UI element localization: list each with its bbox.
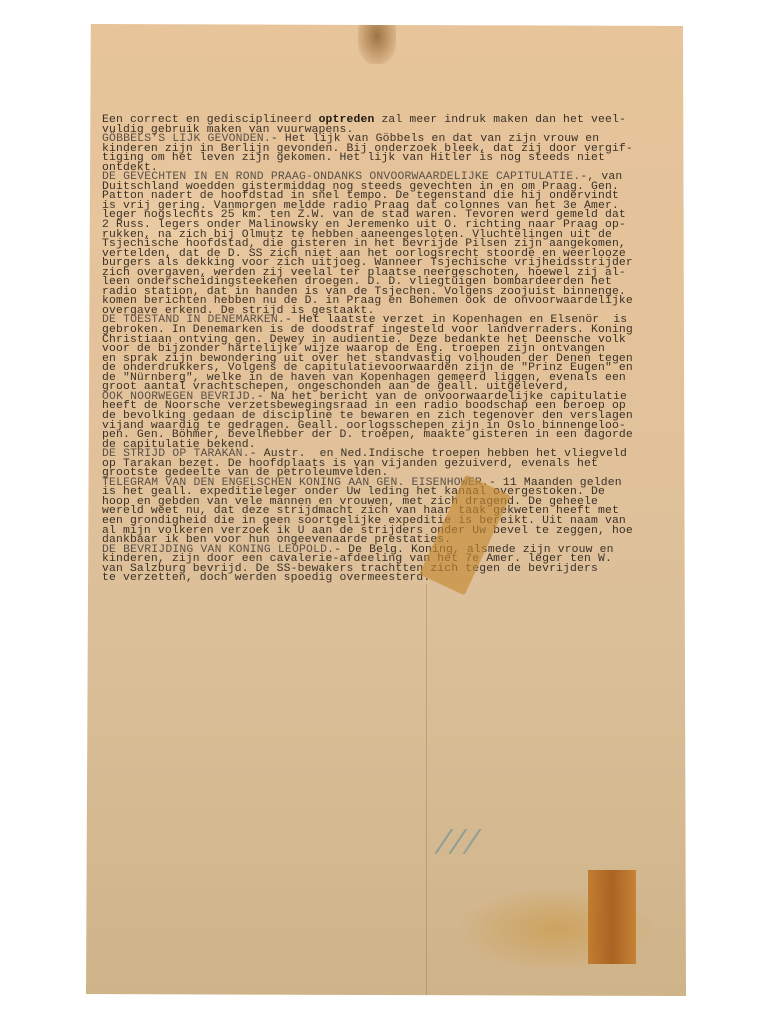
top-edge-tear xyxy=(358,24,396,64)
text-line: tiging om het leven zijn gekomen. Het li… xyxy=(102,154,692,164)
tape-residue-bottom xyxy=(588,870,636,964)
fold-crease xyxy=(426,584,427,996)
typewritten-text: Een correct en gedisciplineerd optreden … xyxy=(102,116,692,584)
pencil-mark: ∕∕∕ xyxy=(427,824,565,874)
text-line: te verzetten, doch werden spoedig overme… xyxy=(102,574,692,584)
